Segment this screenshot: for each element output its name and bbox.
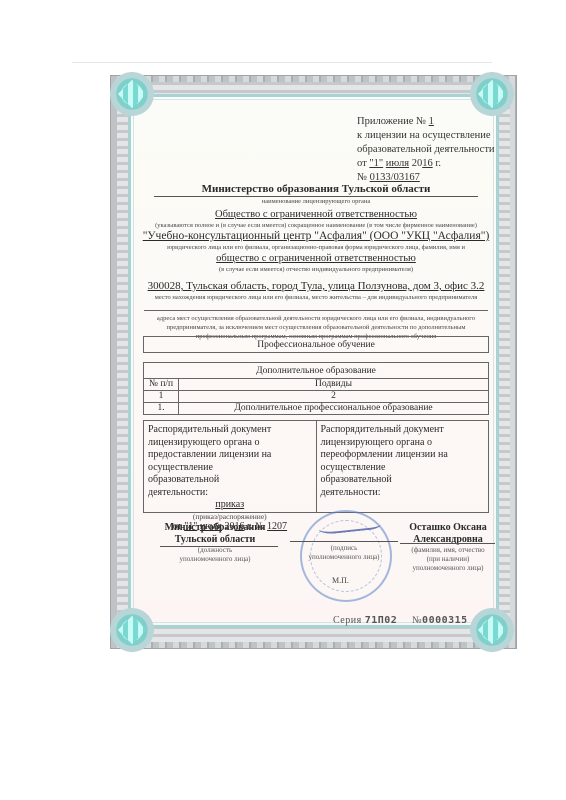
appendix-number: 1 [429, 116, 434, 127]
issue-document-text: Распорядительный документ лицензирующего… [148, 424, 312, 499]
signature-caption: (подпись уполномоченного лица) [290, 544, 398, 562]
appendix-line: к лицензии на осуществление [357, 129, 517, 143]
table-header-row: № п/п Подвиды [144, 379, 489, 391]
signature-line [290, 541, 398, 542]
column-header-subtypes: Подвиды [179, 379, 489, 391]
signatory-name: Осташко Оксана Александровна (фамилия, и… [398, 522, 498, 573]
legal-form-caption: (указываются полное и (в случае если име… [142, 221, 490, 230]
table-cell: Дополнительное профессиональное образова… [179, 403, 489, 415]
issue-document-type: приказ [148, 499, 312, 512]
appendix-line: образовательной деятельности [357, 143, 517, 157]
organization-name-caption: юридического лица или его филиала, орган… [142, 243, 490, 252]
appendix-header: Приложение № 1 к лицензии на осуществлен… [357, 115, 517, 185]
document-content: Приложение № 1 к лицензии на осуществлен… [0, 0, 566, 800]
licensing-authority: Министерство образования Тульской област… [142, 183, 490, 206]
legal-address: 300028, Тульская область, город Тула, ул… [148, 280, 485, 292]
licensee-block: Общество с ограниченной ответственностью… [142, 208, 490, 274]
column-header-number: № п/п [144, 379, 179, 391]
position-line [160, 546, 278, 547]
organization-name: "Учебно-консультационный центр "Асфалия"… [143, 230, 490, 242]
additional-education-title: Дополнительное образование [143, 362, 489, 378]
professional-training-box: Профессиональное обучение [143, 336, 489, 353]
administrative-documents: Распорядительный документ лицензирующего… [143, 420, 489, 513]
appendix-title: Приложение № [357, 116, 429, 127]
issue-document-type-caption: (приказ/распоряжение) [148, 512, 312, 521]
name-line [400, 543, 495, 544]
legal-form-short: общество с ограниченной ответственностью [216, 253, 416, 264]
authority-name: Министерство образования Тульской област… [154, 183, 478, 197]
form-series: Серия 71П02 [333, 615, 397, 626]
table-cell: 1 [144, 391, 179, 403]
professional-training: Профессиональное обучение [143, 336, 489, 353]
subtypes-table: № п/п Подвиды 1 2 1. Дополнительное проф… [143, 378, 489, 415]
reissue-document: Распорядительный документ лицензирующего… [316, 421, 489, 512]
appendix-date: от "1" июля 2016 г. [357, 157, 517, 171]
table-cell: 1. [144, 403, 179, 415]
authority-caption: наименование лицензирующего органа [142, 197, 490, 206]
table-row: 1. Дополнительное профессиональное образ… [144, 403, 489, 415]
table-index-row: 1 2 [144, 391, 489, 403]
stamp-label: М.П. [332, 576, 349, 585]
issue-document: Распорядительный документ лицензирующего… [144, 421, 316, 512]
address-block: 300028, Тульская область, город Тула, ул… [142, 280, 490, 341]
table-cell: 2 [179, 391, 489, 403]
additional-education-table: Дополнительное образование № п/п Подвиды… [143, 362, 489, 415]
form-number: №0000315 [412, 615, 468, 626]
signatory-position: Министр образования Тульской области (до… [150, 522, 280, 564]
legal-address-caption: место нахождения юридического лица или е… [142, 293, 490, 302]
legal-form-short-caption: (в случае если имеется) отчество индивид… [142, 265, 490, 274]
reissue-document-text: Распорядительный документ лицензирующего… [321, 424, 485, 499]
legal-form: Общество с ограниченной ответственностью [215, 209, 417, 220]
